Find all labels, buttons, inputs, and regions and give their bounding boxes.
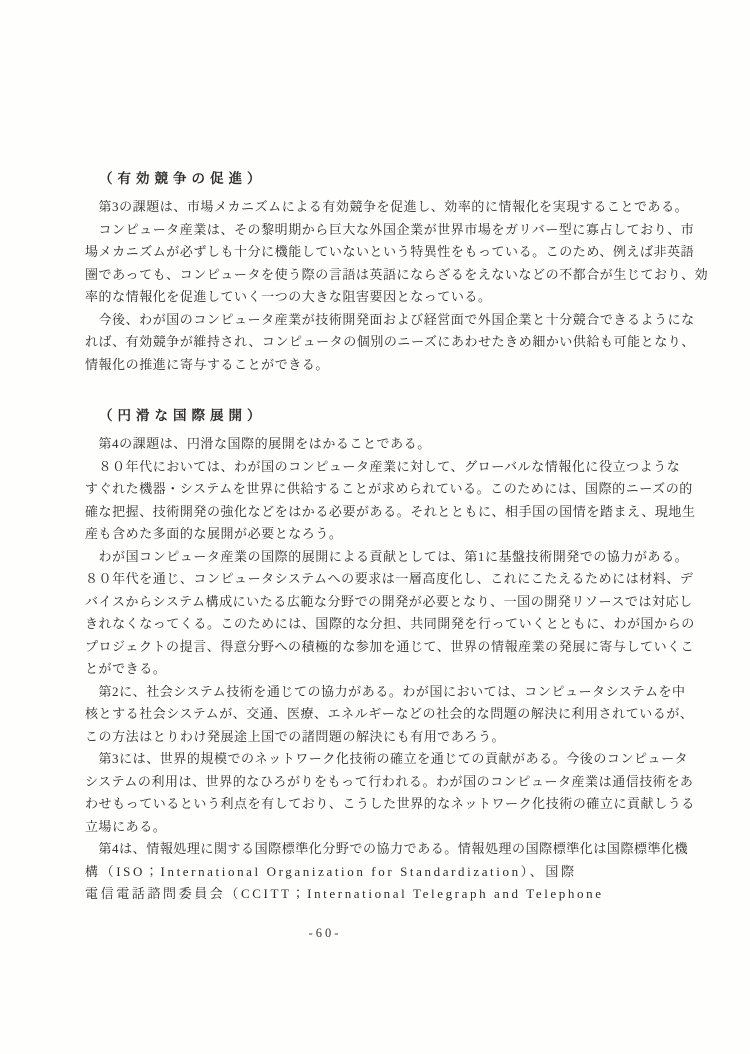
text-line: 産も含めた多面的な展開が必要となろう。 <box>85 523 630 546</box>
section-heading-international-expansion: （円滑な国際展開） <box>99 405 630 427</box>
text-line-ccitt: 電信電話諮問委員会（CCITT；International Telegraph … <box>85 883 630 906</box>
section-international-expansion: （円滑な国際展開） 第4の課題は、円滑な国際的展開をはかることである。 ８０年代… <box>85 405 630 906</box>
text-line: 情報化の推進に寄与することができる。 <box>85 354 630 377</box>
text-line-iso: 構（ISO；International Organization for Sta… <box>85 861 630 884</box>
text-line: 率的な情報化を促進していく一つの大きな阻害要因となっている。 <box>85 286 630 309</box>
text-line: 第4は、情報処理に関する国際標準化分野での協力である。情報処理の国際標準化は国際… <box>85 838 630 861</box>
text-line: コンピュータ産業は、その黎明期から巨大な外国企業が世界市場をガリバー型に寡占して… <box>85 219 630 242</box>
text-line: れば、有効競争が維持され、コンピュータの個別のニーズにあわせたきめ細かい供給も可… <box>85 331 630 354</box>
text-line: ８０年代においては、わが国のコンピュータ産業に対して、グローバルな情報化に役立つ… <box>85 456 630 479</box>
text-line: とができる。 <box>85 658 630 681</box>
text-line: プロジェクトの提言、得意分野への積極的な参加を通じて、世界の情報産業の発展に寄与… <box>85 636 630 659</box>
document-page: （有効競争の促進） 第3の課題は、市場メカニズムによる有効競争を促進し、効率的に… <box>0 0 750 1054</box>
text-line: 第4の課題は、円滑な国際的展開をはかることである。 <box>85 433 630 456</box>
page-number: -60- <box>85 922 565 944</box>
text-line: 核とする社会システムが、交通、医療、エネルギーなどの社会的な問題の解決に利用され… <box>85 703 630 726</box>
text-line: この方法はとりわけ発展途上国での諸問題の解決にも有用であろう。 <box>85 726 630 749</box>
text-line: 第2に、社会システム技術を通じての協力がある。わが国においては、コンピュータシス… <box>85 681 630 704</box>
text-line: 第3には、世界的規模でのネットワーク化技術の確立を通じての貢献がある。今後のコン… <box>85 748 630 771</box>
text-line: すぐれた機器・システムを世界に供給することが求められている。このためには、国際的… <box>85 478 630 501</box>
text-line: 場メカニズムが必ずしも十分に機能していないという特異性をもっている。このため、例… <box>85 241 630 264</box>
text-line: きれなくなってくる。このためには、国際的な分担、共同開発を行っていくとともに、わ… <box>85 613 630 636</box>
text-line: 確な把握、技術開発の強化などをはかる必要がある。それとともに、相手国の国情を踏ま… <box>85 501 630 524</box>
text-line: 今後、わが国のコンピュータ産業が技術開発面および経営面で外国企業と十分競合できる… <box>85 309 630 332</box>
text-line: わせもっているという利点を有しており、こうした世界的なネットワーク化技術の確立に… <box>85 793 630 816</box>
text-line: システムの利用は、世界的なひろがりをもって行われる。わが国のコンピュータ産業は通… <box>85 771 630 794</box>
text-line: 立場にある。 <box>85 816 630 839</box>
text-line: バイスからシステム構成にいたる広範な分野での開発が必要となり、一国の開発リソース… <box>85 591 630 614</box>
text-line: 圏であっても、コンピュータを使う際の言語は英語にならざるをえないなどの不都合が生… <box>85 264 630 287</box>
text-line: わが国コンピュータ産業の国際的展開による貢献としては、第1に基盤技術開発での協力… <box>85 546 630 569</box>
text-line: 第3の課題は、市場メカニズムによる有効競争を促進し、効率的に情報化を実現すること… <box>85 196 630 219</box>
text-column: （有効競争の促進） 第3の課題は、市場メカニズムによる有効競争を促進し、効率的に… <box>85 168 630 906</box>
section-heading-effective-competition: （有効競争の促進） <box>99 168 630 190</box>
text-line: ８０年代を通じ、コンピュータシステムへの要求は一層高度化し、これにこたえるために… <box>85 568 630 591</box>
section-effective-competition: （有効競争の促進） 第3の課題は、市場メカニズムによる有効競争を促進し、効率的に… <box>85 168 630 376</box>
